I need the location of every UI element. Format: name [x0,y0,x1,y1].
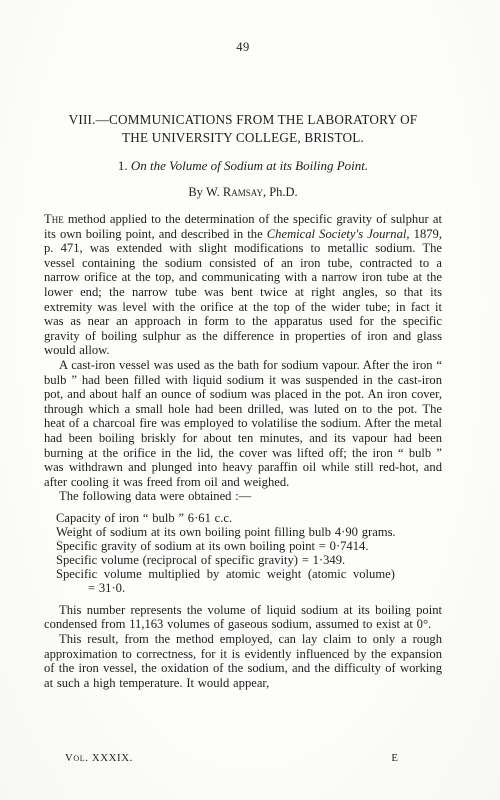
author-name: W. Ramsay [206,185,263,199]
data-item-specific-gravity: Specific gravity of sodium at its own bo… [56,539,442,553]
byline-prefix: By [188,185,203,199]
data-item-atomic-volume-value: = 31·0. [88,581,442,595]
paragraph-1: The method applied to the determination … [44,212,442,358]
data-list: Capacity of iron “ bulb ” 6·61 c.c. Weig… [56,511,442,595]
heading-line-1: VIII.—COMMUNICATIONS FROM THE LABORATORY… [44,111,442,129]
lead-word: The [44,212,64,226]
page-content: 49 VIII.—COMMUNICATIONS FROM THE LABORAT… [44,0,442,690]
data-item-atomic-volume: Specific volume multiplied by atomic wei… [56,567,442,581]
paragraph-4: This number represents the volume of liq… [44,603,442,632]
paragraph-5: This result, from the method employed, c… [44,632,442,690]
page-footer: Vol. XXXIX. E [44,752,442,764]
article-heading: VIII.—COMMUNICATIONS FROM THE LABORATORY… [44,111,442,147]
byline: By W. Ramsay, Ph.D. [44,185,442,200]
paragraph-2: A cast-iron vessel was used as the bath … [44,358,442,489]
data-item-capacity: Capacity of iron “ bulb ” 6·61 c.c. [56,511,442,525]
subtitle-number: 1. [118,158,128,173]
signature-mark: E [391,752,398,764]
data-item-specific-volume: Specific volume (reciprocal of specific … [56,553,442,567]
scanned-page: 49 VIII.—COMMUNICATIONS FROM THE LABORAT… [0,0,500,800]
page-number: 49 [44,40,442,55]
data-item-weight: Weight of sodium at its own boiling poin… [56,525,442,539]
paragraph-3: The following data were obtained :— [44,489,442,504]
volume-label: Vol. XXXIX. [65,752,133,764]
author-degree: , Ph.D. [263,185,298,199]
heading-line-2: THE UNIVERSITY COLLEGE, BRISTOL. [44,129,442,147]
subtitle-title: On the Volume of Sodium at its Boiling P… [131,158,368,173]
article-subtitle: 1. On the Volume of Sodium at its Boilin… [44,158,442,174]
journal-reference: Chemical Society's Journal [267,227,407,241]
article-body: The method applied to the determination … [44,212,442,690]
paragraph-1-text-b: , 1879, p. 471, was extended with slight… [44,227,442,358]
